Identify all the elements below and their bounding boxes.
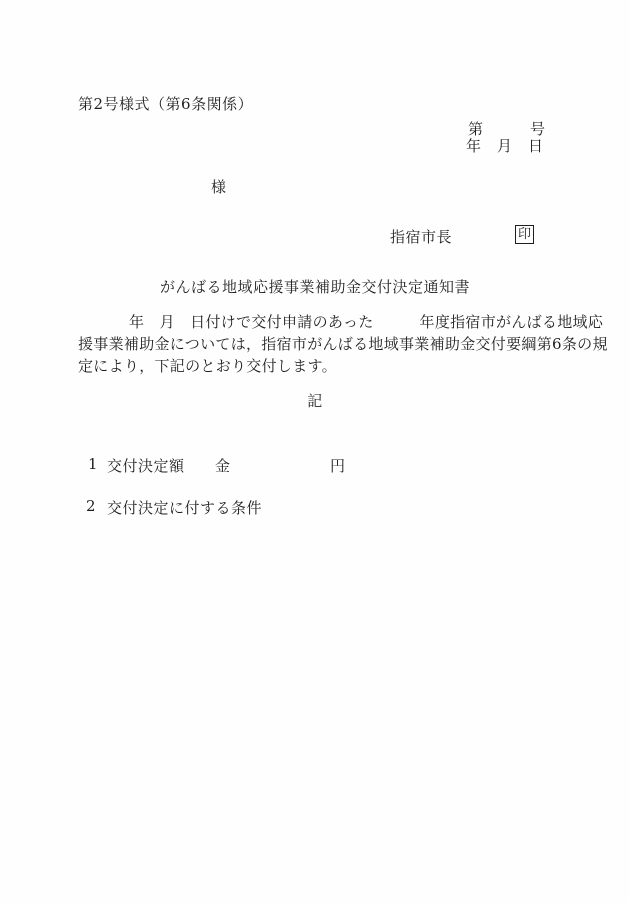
item-1-label: 交付決定額	[107, 455, 185, 476]
item-1-currency-suffix: 円	[330, 455, 346, 476]
item-2-label: 交付決定に付する条件	[107, 497, 262, 518]
document-title: がんばる地域応援事業補助金交付決定通知書	[0, 276, 630, 297]
body-line-1: 年 月 日付けで交付申請のあった 年度指宿市がんばる地域応	[78, 311, 608, 333]
issuer-name: 指宿市長	[390, 226, 452, 247]
form-number-label: 第2号様式（第6条関係）	[78, 93, 253, 114]
addressee-honorific: 様	[211, 176, 227, 197]
section-marker-ki: 記	[0, 390, 630, 411]
body-line-2: 援事業補助金については，指宿市がんばる地域事業補助金交付要綱第6条の規	[78, 333, 608, 355]
item-1-number: 1	[88, 455, 98, 473]
document-page: 第2号様式（第6条関係） 第 号 年 月 日 様 指宿市長 印 がんばる地域応援…	[0, 0, 630, 903]
body-line-3: 定により，下記のとおり交付します。	[78, 355, 608, 377]
item-2-number: 2	[86, 497, 96, 515]
item-1-currency-prefix: 金	[215, 455, 231, 476]
seal-stamp: 印	[515, 225, 534, 244]
date-line: 年 月 日	[466, 135, 544, 156]
body-paragraph: 年 月 日付けで交付申請のあった 年度指宿市がんばる地域応 援事業補助金について…	[78, 311, 608, 377]
